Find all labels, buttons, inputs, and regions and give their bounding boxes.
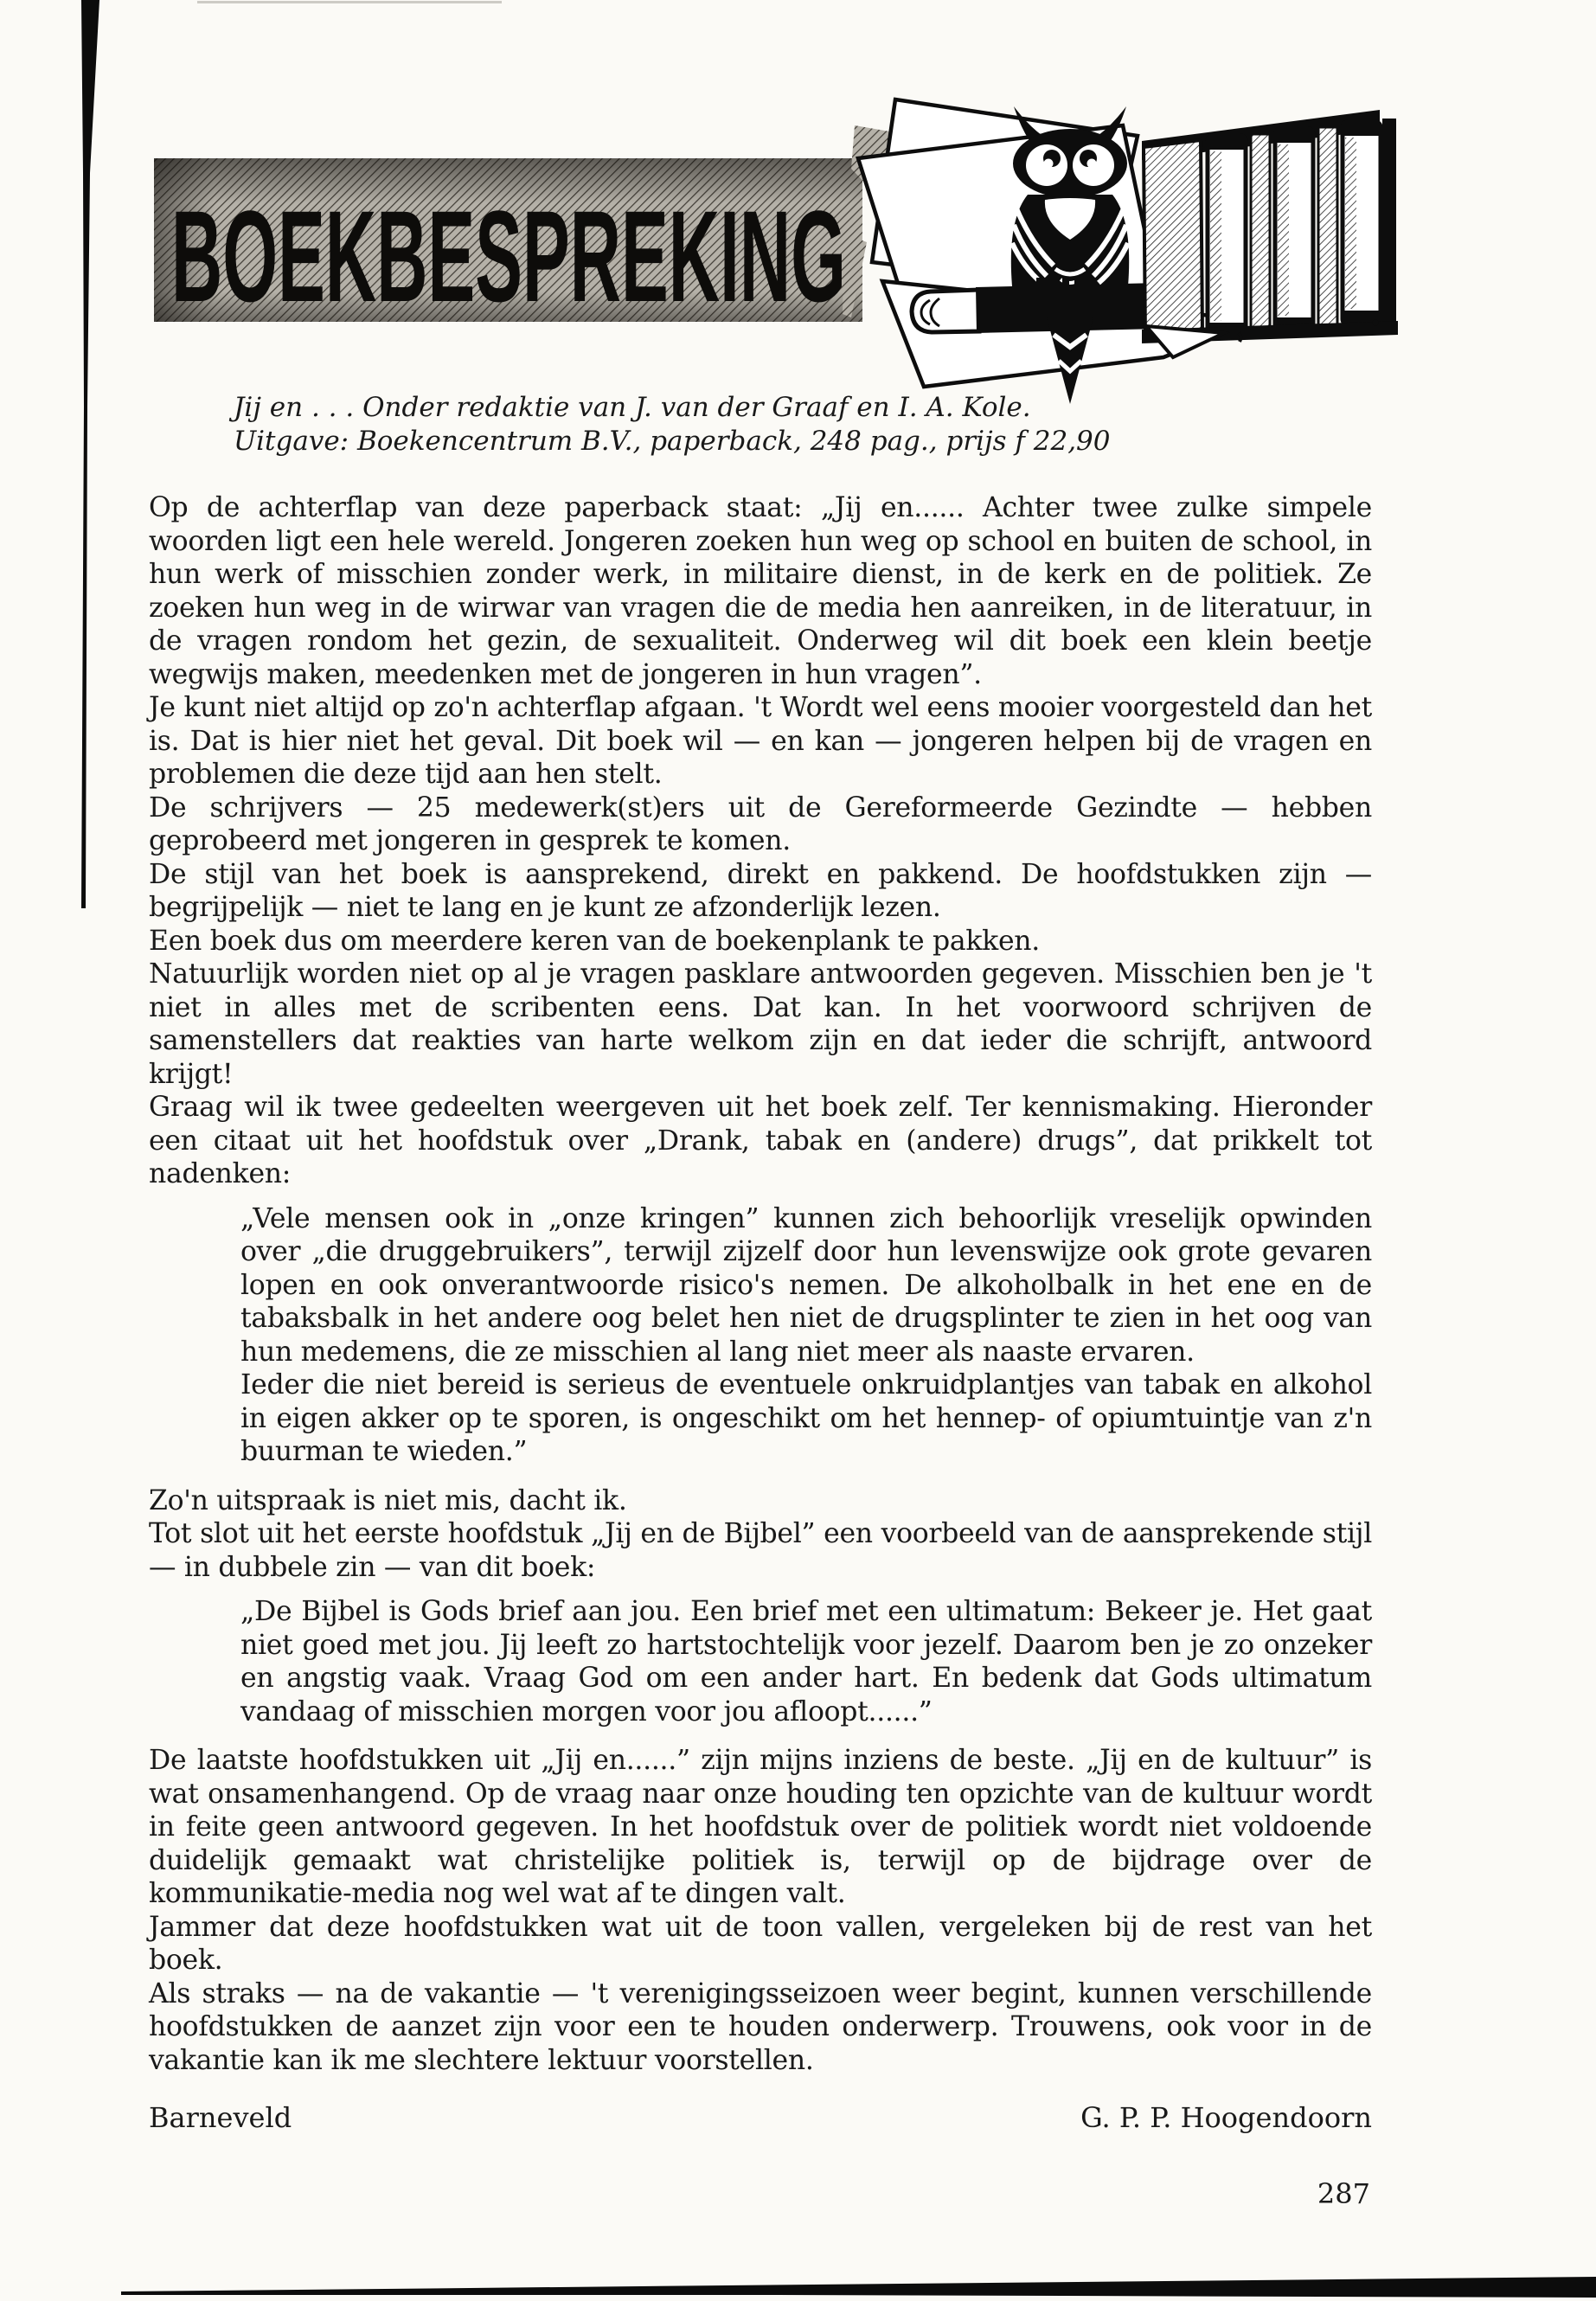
signature-place: Barneveld [149,2101,292,2134]
paragraph: Zo'n uitspraak is niet mis, dacht ik. [149,1484,1372,1518]
paragraph: Natuurlijk worden niet op al je vragen p… [149,958,1372,1091]
ink-speck [1239,333,1240,342]
book-header: Jij en . . . Onder redaktie van J. van d… [149,391,1372,458]
book-publisher-line: Uitgave: Boekencentrum B.V., paperback, … [234,425,1372,458]
ink-dot [1373,320,1379,326]
scanned-review-page: BOEKBESPREKING [0,0,1596,2301]
scan-edge-artifact-left [76,0,111,917]
book-spines-icon [1142,110,1398,343]
quote-paragraph: „De Bijbel is Gods brief aan jou. Een br… [240,1595,1372,1728]
quote-paragraph: „Vele mensen ook in „onze kringen” kunne… [240,1202,1372,1369]
banner-title: BOEKBESPREKING [171,183,846,329]
review-body: Op de achterflap van deze paperback staa… [149,491,1372,2077]
paragraph: De stijl van het boek is aansprekend, di… [149,858,1372,925]
paragraph: Als straks — na de vakantie — 't verenig… [149,1977,1372,2078]
page-number: 287 [149,2177,1372,2210]
paragraph: Tot slot uit het eerste hoofdstuk „Jij e… [149,1517,1372,1584]
quote-paragraph: Ieder die niet bereid is serieus de even… [240,1368,1372,1469]
signature-row: Barneveld G. P. P. Hoogendoorn [149,2101,1372,2134]
paragraph: Je kunt niet altijd op zo'n achterflap a… [149,691,1372,792]
book-title-line: Jij en . . . Onder redaktie van J. van d… [234,391,1372,425]
paragraph: Graag wil ik twee gedeelten weergeven ui… [149,1091,1372,1191]
text-column: Jij en . . . Onder redaktie van J. van d… [149,391,1372,2210]
paragraph: Op de achterflap van deze paperback staa… [149,491,1372,691]
boekbespreking-header: BOEKBESPREKING [147,74,1401,420]
blockquote-drugs: „Vele mensen ook in „onze kringen” kunne… [149,1202,1372,1469]
paragraph: Een boek dus om meerdere keren van de bo… [149,925,1372,958]
signature-author: G. P. P. Hoogendoorn [1080,2101,1372,2134]
banner-plate: BOEKBESPREKING [154,158,862,329]
scan-hairline-top [197,1,502,3]
paragraph: Jammer dat deze hoofdstukken wat uit de … [149,1911,1372,1977]
paragraph: De laatste hoofdstukken uit „Jij en.....… [149,1744,1372,1911]
paragraph: De schrijvers — 25 medewerk(st)ers uit d… [149,792,1372,858]
blockquote-bijbel: „De Bijbel is Gods brief aan jou. Een br… [149,1595,1372,1728]
scan-edge-artifact-bottom [0,2273,1596,2301]
